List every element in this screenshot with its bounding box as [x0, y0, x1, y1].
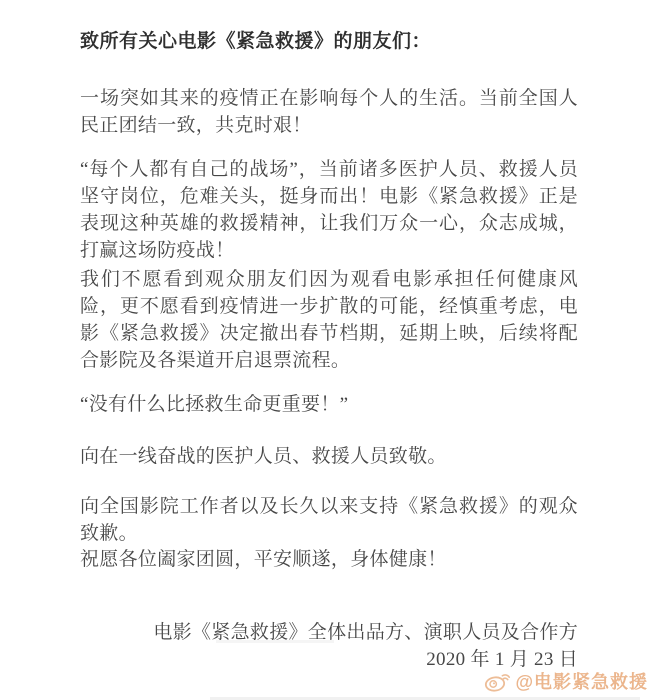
letter-paragraph-5: 向在一线奋战的医护人员、救援人员致敬。 — [80, 443, 578, 470]
letter-paragraph-2: “每个人都有自己的战场”，当前诸多医护人员、救援人员坚守岗位，危难关头，挺身而出… — [80, 156, 578, 264]
letter-paragraph-6: 向全国影院工作者以及长久以来支持《紧急救援》的观众致歉。 — [80, 493, 578, 547]
scan-artifact-top — [216, 640, 334, 643]
signature-block: 电影《紧急救援》全体出品方、演职人员及合作方 2020 年 1 月 23 日 — [80, 619, 578, 673]
weibo-icon — [484, 669, 512, 693]
weibo-watermark: @电影紧急救援 — [484, 668, 648, 694]
letter-paragraph-3: 我们不愿看到观众朋友们因为观看电影承担任何健康风险，更不愿看到疫情进一步扩散的可… — [80, 266, 578, 374]
letter-title: 致所有关心电影《紧急救援》的朋友们： — [80, 28, 580, 55]
letter-paragraph-1: 一场突如其来的疫情正在影响每个人的生活。当前全国人民正团结一致，共克时艰！ — [80, 85, 578, 139]
letter-quote: “没有什么比拯救生命更重要！” — [80, 391, 578, 418]
watermark-text: @电影紧急救援 — [515, 668, 648, 694]
letter-document: 致所有关心电影《紧急救援》的朋友们： 一场突如其来的疫情正在影响每个人的生活。当… — [0, 0, 658, 700]
letter-paragraph-7: 祝愿各位阖家团圆，平安顺遂，身体健康！ — [80, 546, 578, 573]
